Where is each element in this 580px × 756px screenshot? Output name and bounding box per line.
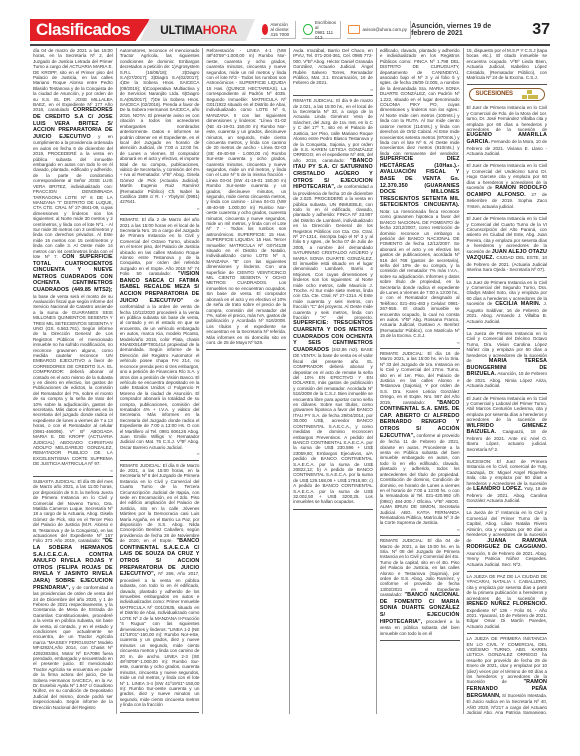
contact-phone-value: 415 7000 [270,32,289,37]
page-header: Clasificados ULTIMAHORA Atención al clie… [30,16,550,44]
contact-whatsapp-label: Escríbinos al [315,20,336,30]
legal-notice: edificado, clavado, plantado y adherido … [380,48,460,349]
column-1: día 04 de marzo de 2021 a las 15:00 hora… [30,48,117,714]
contact-whatsapp-value: 0981 111 013 [315,30,333,40]
brand-logo: Clasificados ULTIMAHORA [30,19,255,41]
notice-end-mark: ▪▪ [293,88,373,93]
legal-notice: REMATE: El día 2 de Marzo del año 2021 a… [120,217,200,460]
sucesion-notice: La Jueza de Primera Instancia en lo Civi… [467,331,548,394]
legal-notice: Automotores, reconoce el mencionado Trac… [120,48,200,215]
column-4: Avda. Irrazábal, Barrio Del Chaco, en IP… [290,48,377,714]
sucesion-notice: El Juez de Primera Instancia en lo Civil… [467,396,548,457]
legal-notice: Reforestación - LINEA 4-1 (NW 48º40'59"-… [206,48,286,350]
legal-notice: REMATE JUDICIAL: El día 8 de Marzo de 20… [120,463,200,713]
sucesion-notice: LA JUEZA DE PRIMERA INSTANCIA EN LO CIVI… [467,636,548,714]
notice-end-mark: ▪▪ [380,341,460,346]
legal-notice: REMATE JUDICIAL: El día 9 de marzo de 2.… [293,98,373,510]
column-5: edificado, clavado, plantado y adherido … [377,48,464,714]
legal-notice: Avda. Irrazábal, Barrio Del Chaco, en IP… [293,48,373,96]
notice-end-mark: ▪▪ [120,207,200,212]
sucesion-notice: El Juez de Primera Instancia en lo Civil… [467,163,548,214]
sucesiones-section-badge: SUCESIONES [469,88,546,101]
column-6-sucesiones: 15, dispuesto por el M.S.P Y C.S.J (tapa… [464,48,551,714]
legal-notice: REMATE JUDICIAL: El día 04 de Marzo de 2… [380,538,460,641]
newspaper-logo: ULTIMAHORA [140,19,255,41]
contact-email[interactable]: avisos@uhora.com.py [347,21,411,39]
dateline: Asunción, viernes 19 de febrero de 2021 [411,23,514,37]
sucesion-notice: El Juez de Primera Instancia en lo Civil… [467,216,548,277]
legal-notice: SUBASTA JUDICIAL: El día 05 del mes de M… [33,479,113,714]
legal-notice: 15, dispuesto por el M.S.P Y C.S.J (tapa… [467,48,548,85]
legal-notice: día 04 de marzo de 2021 a las 15:00 hora… [33,48,113,477]
whatsapp-icon [303,24,313,35]
contact-strip: Atención al cliente:415 7000 Escríbinos … [261,21,411,39]
sucesion-notice: SUCESION: El Juez de Primera Instancia e… [467,459,548,508]
sucesion-notice: LA JUEZA DE PAZ DE LA CIUDAD DE YPACARAI… [467,574,548,634]
notice-end-mark: ▪▪ [120,452,200,457]
notice-end-mark: ▪▪ [33,469,113,474]
contact-whatsapp[interactable]: Escríbinos al0981 111 013 [302,21,341,39]
mail-icon [348,25,360,34]
column-3: Reforestación - LINEA 4-1 (NW 48º40'59"-… [203,48,290,714]
column-2: Automotores, reconoce el mencionado Trac… [117,48,204,714]
sucesion-notice: La Jueza de 1º Instancia en lo Civil y C… [467,510,548,571]
sucesion-notice: La Juez de Primera Instancia en lo Civil… [467,280,548,329]
notice-end-mark: ▪▪ [380,528,460,533]
page-number: 37 [532,21,550,39]
logo-ultima: ULTIMA [160,23,203,37]
contact-phone[interactable]: Atención al cliente:415 7000 [261,21,297,39]
sucesiones-heading: SUCESIONES [476,92,513,97]
people-group-icon [522,90,538,100]
legal-notice: REMATE JUDICIAL: El día 16 de Marzo 2021… [380,351,460,536]
section-title: Clasificados [30,19,150,41]
sucesion-notice: El Juez de Primera Instancia en lo Civil… [467,105,548,161]
phone-icon [262,24,268,35]
classifieds-columns: día 04 de marzo de 2021 a las 15:00 hora… [30,48,550,714]
logo-hora: HORA [203,23,237,37]
contact-phone-label: Atención al cliente: [270,22,289,32]
contact-email-value: avisos@uhora.com.py [362,27,407,32]
header-divider [30,44,550,46]
